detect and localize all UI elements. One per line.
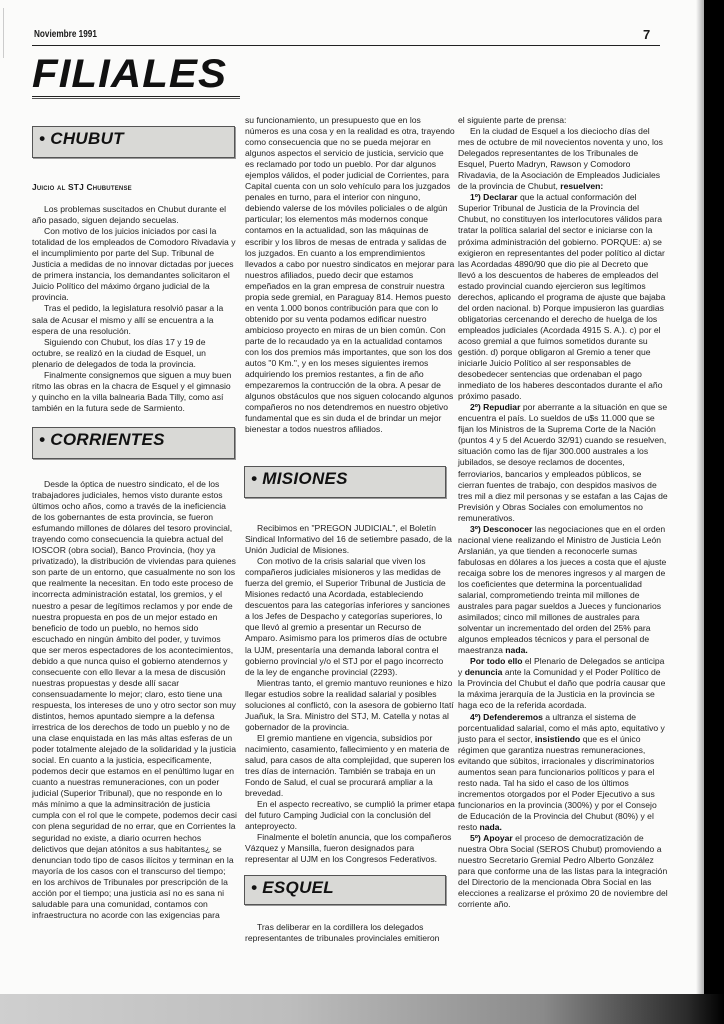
esquel-intro: Tras deliberar en la cordillera los dele… xyxy=(245,922,455,944)
chubut-article: Juicio al STJ Chubutense Los problemas s… xyxy=(32,182,237,414)
esquel-paragraph: En la ciudad de Esquel a los dieciocho d… xyxy=(458,126,668,192)
por-todo-denuncia: denuncia xyxy=(465,667,503,677)
esquel-item-3: 3º) Desconocer las negociaciones que en … xyxy=(458,524,668,657)
por-todo-lead: Por todo ello xyxy=(470,656,523,666)
item-number: 1º) xyxy=(470,192,481,202)
scan-border-bottom xyxy=(0,994,724,1024)
esquel-paragraph: el siguiente parte de prensa: xyxy=(458,115,668,126)
scan-artifact xyxy=(3,8,4,58)
item-number: 4º) xyxy=(470,712,481,722)
item-number: 5º) xyxy=(470,833,481,843)
corrientes-paragraph: su funcionamiento, un presupuesto que en… xyxy=(245,115,455,435)
corrientes-heading: • CORRIENTES xyxy=(39,430,165,450)
misiones-paragraph: El gremio mantiene en vigencia, subsidio… xyxy=(245,733,455,799)
esquel-heading: • ESQUEL xyxy=(251,878,334,898)
esquel-item-1: 1º) Declarar que la actual conformación … xyxy=(458,192,668,402)
item-text: por aberrante a la situación en que se e… xyxy=(458,402,668,522)
section-title-underline xyxy=(32,96,240,99)
corrientes-article-part1: Desde la óptica de nuestro sindicato, el… xyxy=(32,479,237,921)
issue-date: Noviembre 1991 xyxy=(34,29,97,40)
chubut-heading: • CHUBUT xyxy=(39,129,124,149)
item-text: las negociaciones que en el orden nacion… xyxy=(458,524,666,656)
esquel-intro-text: Tras deliberar en la cordillera los dele… xyxy=(245,922,455,944)
misiones-paragraph: Finalmente el boletín anuncia, que los c… xyxy=(245,832,455,865)
header-rule xyxy=(32,28,660,46)
chubut-paragraph: Tras el pedido, la legislatura resolvió … xyxy=(32,303,237,336)
misiones-paragraph: Recibimos en "PREGON JUDICIAL", el Bolet… xyxy=(245,523,455,556)
item-text: que la actual conformación del Superior … xyxy=(458,192,665,401)
esquel-heading-box: • ESQUEL xyxy=(244,875,446,905)
corrientes-heading-box: • CORRIENTES xyxy=(32,427,235,459)
item-text: el proceso de democratización de nuestra… xyxy=(458,833,668,909)
misiones-paragraph: Mientras tanto, el gremio mantuvo reunio… xyxy=(245,678,455,733)
newspaper-page: Noviembre 1991 7 FILIALES • CHUBUT Juici… xyxy=(0,0,724,1024)
corrientes-article-part2: su funcionamiento, un presupuesto que en… xyxy=(245,115,455,435)
esquel-resuelven: resuelven: xyxy=(560,181,603,191)
corrientes-paragraph: Desde la óptica de nuestro sindicato, el… xyxy=(32,479,237,921)
misiones-paragraph: Con motivo de la crisis salarial que viv… xyxy=(245,556,455,678)
esquel-por-todo-ello: Por todo ello el Plenario de Delegados s… xyxy=(458,656,668,711)
esquel-item-2: 2º) Repudiar por aberrante a la situació… xyxy=(458,402,668,524)
chubut-paragraph: Siguiendo con Chubut, los días 17 y 19 d… xyxy=(32,337,237,370)
item-verb: Repudiar xyxy=(483,402,520,412)
item-number: 2º) xyxy=(470,402,481,412)
item-tail: nada. xyxy=(505,645,527,655)
item-verb: Defenderemos xyxy=(483,712,543,722)
item-insistiendo: insistiendo xyxy=(535,734,580,744)
item-tail: nada. xyxy=(480,822,502,832)
chubut-paragraph: Con motivo de los juicios iniciados por … xyxy=(32,226,237,303)
misiones-heading: • MISIONES xyxy=(251,469,348,489)
item-verb: Declarar xyxy=(483,192,517,202)
section-title: FILIALES xyxy=(32,52,227,97)
item-text: que es el único régimen que garantiza nu… xyxy=(458,734,657,832)
scan-border-right xyxy=(704,0,724,1024)
item-number: 3º) xyxy=(470,524,481,534)
page-number: 7 xyxy=(643,27,650,42)
esquel-article: el siguiente parte de prensa: En la ciud… xyxy=(458,115,668,910)
misiones-heading-box: • MISIONES xyxy=(244,466,446,498)
chubut-subheading: Juicio al STJ Chubutense xyxy=(32,182,237,193)
esquel-item-4: 4º) Defenderemos a ultranza el sistema d… xyxy=(458,712,668,834)
item-verb: Desconocer xyxy=(483,524,532,534)
misiones-paragraph: En el aspecto recreativo, se cumplió la … xyxy=(245,799,455,832)
chubut-paragraph: Los problemas suscitados en Chubut duran… xyxy=(32,204,237,226)
chubut-paragraph: Finalmente consignemos que siguen a muy … xyxy=(32,370,237,414)
esquel-item-5: 5º) Apoyar el proceso de democratización… xyxy=(458,833,668,910)
item-verb: Apoyar xyxy=(483,833,513,843)
misiones-article: Recibimos en "PREGON JUDICIAL", el Bolet… xyxy=(245,523,455,865)
chubut-heading-box: • CHUBUT xyxy=(32,126,235,158)
